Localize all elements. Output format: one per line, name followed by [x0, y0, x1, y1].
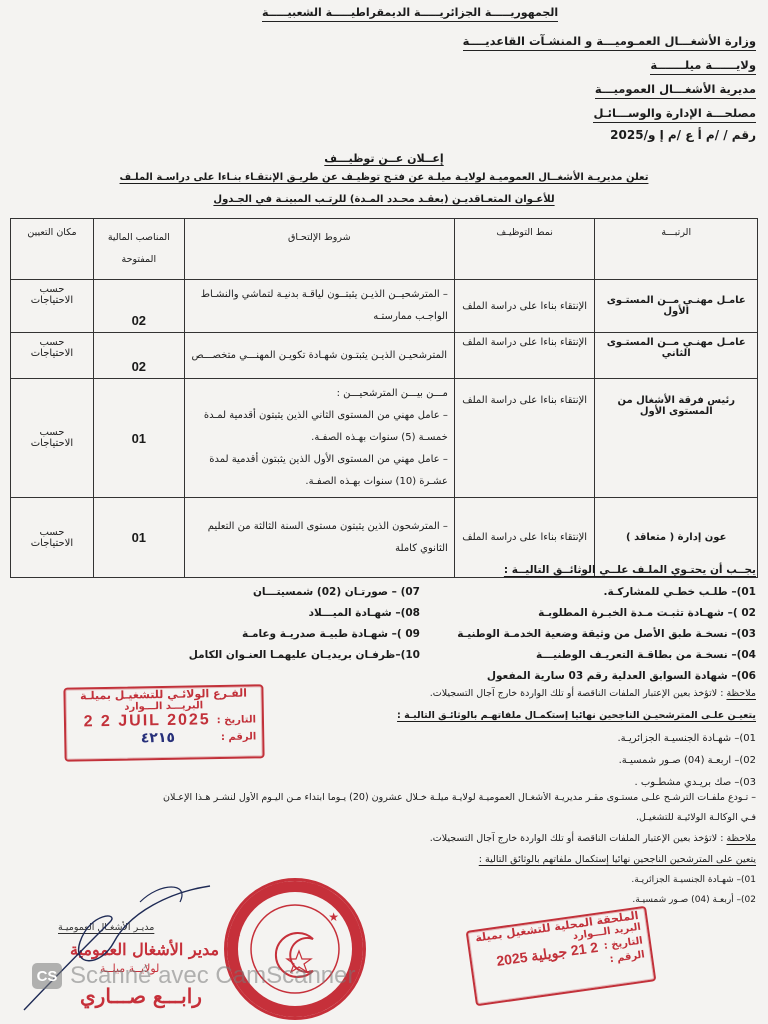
successful-docs-list-2: 01)– شهـادة الجنسيـة الجزائريـة. 02)– أر…: [631, 870, 756, 910]
condition-line: – عامل مهني من المستوى الثاني الذين يثبت…: [191, 405, 448, 449]
cell-conditions: مـــن بيـــن المترشحيـــن : – عامل مهني …: [184, 379, 454, 498]
cell-place: حسب الاحتياجات: [11, 498, 94, 578]
deposit-instructions-cont: فـي الوكالـة الولائيـة للتشغيـل.: [636, 812, 756, 823]
document-item: 09 )– شهـادة طبيـة صدريـة وعامـة: [170, 624, 420, 645]
announcement-intro-line2: للأعـوان المتعـاقديـن (بعقـد محـدد المـد…: [0, 194, 768, 205]
watermark-text: Scanné avec CamScanner: [70, 962, 356, 990]
header-posts: المناصب المالية المفتوحة: [93, 219, 184, 280]
deposit-instructions: – تـودع ملفـات الترشـح علـى مستـوى مقـر …: [16, 792, 756, 803]
note-text: : لاتؤخذ بعين الإعتبار الملفات الناقصة أ…: [430, 833, 727, 844]
svg-text:★: ★: [328, 910, 339, 924]
document-item: 01)– طلـب خطـي للمشاركـة.: [416, 582, 756, 603]
official-round-seal: ★ ★ وزارة الأشغال العمومية و المنشآت الق…: [224, 878, 366, 1020]
crescent-star-emblem-icon: ★ ★: [227, 881, 363, 1017]
note-label: ملاحظة: [726, 833, 756, 844]
header-rank: الرتبـــة: [595, 219, 758, 280]
cell-conditions: – المترشحيــن الذيـن يثبتــون لياقـة بدن…: [184, 280, 454, 333]
document-item: 04)– نسخـة من بطاقـة التعريـف الوطنيـــة: [416, 645, 756, 666]
announcement-page: الجمهوريـــــة الجزائريـــــة الديمقراطي…: [0, 0, 768, 1024]
stamp-date-value: 2 2 JUIL 2025: [83, 711, 210, 731]
table-header-row: الرتبـــة نمط التوظيـف شروط الإلتحـاق ال…: [11, 219, 758, 280]
documents-left-list: 07) – صورتـان (02) شمسيتـــان 08)– شهـاد…: [170, 582, 420, 666]
note-label: ملاحظة: [726, 688, 756, 699]
condition-line: مـــن بيـــن المترشحيـــن :: [191, 383, 448, 405]
note-text: : لاتؤخذ بعين الإعتبار الملفات الناقصة أ…: [430, 688, 727, 699]
cell-mode: الإنتقاء بناءا على دراسة الملف: [454, 280, 595, 333]
cell-place: حسب الاحتياجات: [11, 280, 94, 333]
table-row: عامـل مهنـي مــن المستـوى الأول الإنتقاء…: [11, 280, 758, 333]
announcement-title: إعــلان عــن توظيـــف: [0, 152, 768, 165]
cell-place: حسب الاحتياجات: [11, 333, 94, 379]
successful-doc-item: 02)– أربعـة (04) صـور شمسيـة.: [631, 890, 756, 910]
header-place: مكان التعيين: [11, 219, 94, 280]
document-item: 08)– شهـادة الميـــلاد: [170, 603, 420, 624]
condition-line: – عامل مهني من المستوى الأول الذين يثبتو…: [191, 449, 448, 493]
successful-doc-item: 01)– شهـادة الجنسيـة الجزائريـة.: [631, 870, 756, 890]
table-row: عامـل مهنـي مــن المستـوى الثاني الإنتقا…: [11, 333, 758, 379]
cell-rank: عامـل مهنـي مــن المستـوى الثاني: [595, 333, 758, 379]
camscanner-logo-icon: CS: [32, 963, 62, 989]
document-item: 10)–ظرفـان بريديـان عليهمـا العنـوان الك…: [170, 645, 420, 666]
document-item: 03)– نسخـة طبق الأصل من وثيقة وضعية الخد…: [416, 624, 756, 645]
header-mode: نمط التوظيـف: [454, 219, 595, 280]
successful-doc-item: 02)– اربعـة (04) صـور شمسيـة.: [618, 750, 757, 772]
note-incomplete-files: ملاحظة : لاتؤخذ بعين الإعتبار الملفات ال…: [430, 688, 756, 699]
handwritten-signature-icon: [20, 882, 220, 1012]
document-item: 07) – صورتـان (02) شمسيتـــان: [170, 582, 420, 603]
cell-posts: 02: [132, 359, 146, 374]
stamp-number-value: ٤٢١٥: [141, 729, 215, 746]
cell-place: حسب الاحتياجات: [11, 379, 94, 498]
branch-receipt-stamp: الفـرع الولائـي للتشغيـل بميلـة البريـــ…: [63, 684, 264, 761]
documents-heading: يجــب أن يحتـوي الملـف علــي الوثائــق ا…: [504, 564, 756, 576]
cell-conditions: – المترشحون الذين يثبتون مستوى السنة الث…: [184, 498, 454, 578]
successful-docs-heading-2: يتعين على المترشحين الناجحين نهائيا إستك…: [479, 854, 756, 865]
stamp-date-label: التاريخ :: [217, 714, 256, 726]
cell-rank: رئيس فرقة الأشغال من المستوى الأول: [595, 379, 758, 498]
successful-doc-item: 03)– صك بريـدي مشطـوب .: [618, 772, 757, 794]
successful-docs-heading: يتعيـن علـى المترشحيـن الناجحين نهائيا إ…: [397, 710, 756, 721]
service-name: مصلحـــة الإدارة والوســـائـل: [593, 106, 756, 123]
document-item: 06)– شهادة السوابق العدلية رقم 03 سارية …: [416, 666, 756, 687]
reference-number: رقم / /م أ ع /م إ و/2025: [610, 128, 756, 142]
annex-receipt-stamp: الملحقة المحلية للتشغيل بميلة البريد الـ…: [466, 906, 657, 1007]
wilaya-name: ولايــــــة ميلـــــــة: [650, 58, 756, 75]
republic-header: الجمهوريـــــة الجزائريـــــة الديمقراطي…: [262, 6, 558, 22]
cell-posts: 01: [132, 530, 146, 545]
svg-text:★: ★: [230, 930, 241, 944]
table-row: رئيس فرقة الأشغال من المستوى الأول الإنت…: [11, 379, 758, 498]
successful-docs-list: 01)– شهـادة الجنسيـة الجزائريـة. 02)– ار…: [618, 728, 757, 794]
documents-right-list: 01)– طلـب خطـي للمشاركـة. 02 )– شهـادة ت…: [416, 582, 756, 687]
cell-rank: عامـل مهنـي مــن المستـوى الأول: [595, 280, 758, 333]
header-conditions: شروط الإلتحـاق: [184, 219, 454, 280]
directorate-name: مديرية الأشغـــال العموميـــة: [595, 82, 756, 99]
cell-mode: الإنتقاء بناءا على دراسة الملف: [454, 333, 595, 379]
note-incomplete-files-2: ملاحظة : لاتؤخذ بعين الإعتبار الملفات ال…: [430, 833, 756, 844]
positions-table: الرتبـــة نمط التوظيـف شروط الإلتحـاق ال…: [10, 218, 758, 578]
successful-doc-item: 01)– شهـادة الجنسيـة الجزائريـة.: [618, 728, 757, 750]
camscanner-watermark: CS Scanné avec CamScanner: [32, 962, 356, 990]
announcement-intro-line1: تعلن مديريـة الأشغــال العموميـة لولايـة…: [0, 172, 768, 183]
cell-posts: 01: [132, 431, 146, 446]
cell-mode: الإنتقاء بناءا على دراسة الملف: [454, 379, 595, 498]
stamp-number-label: الرقم :: [221, 731, 256, 743]
cell-posts: 02: [132, 313, 146, 328]
cell-conditions: المترشحيـن الذيـن يثبتـون شهـادة تكويـن …: [184, 333, 454, 379]
document-item: 02 )– شهـادة تثبـت مـدة الخبـرة المطلوبـ…: [416, 603, 756, 624]
ministry-name: وزارة الأشغـــال العمـوميـــة و المنشـآت…: [463, 34, 756, 51]
